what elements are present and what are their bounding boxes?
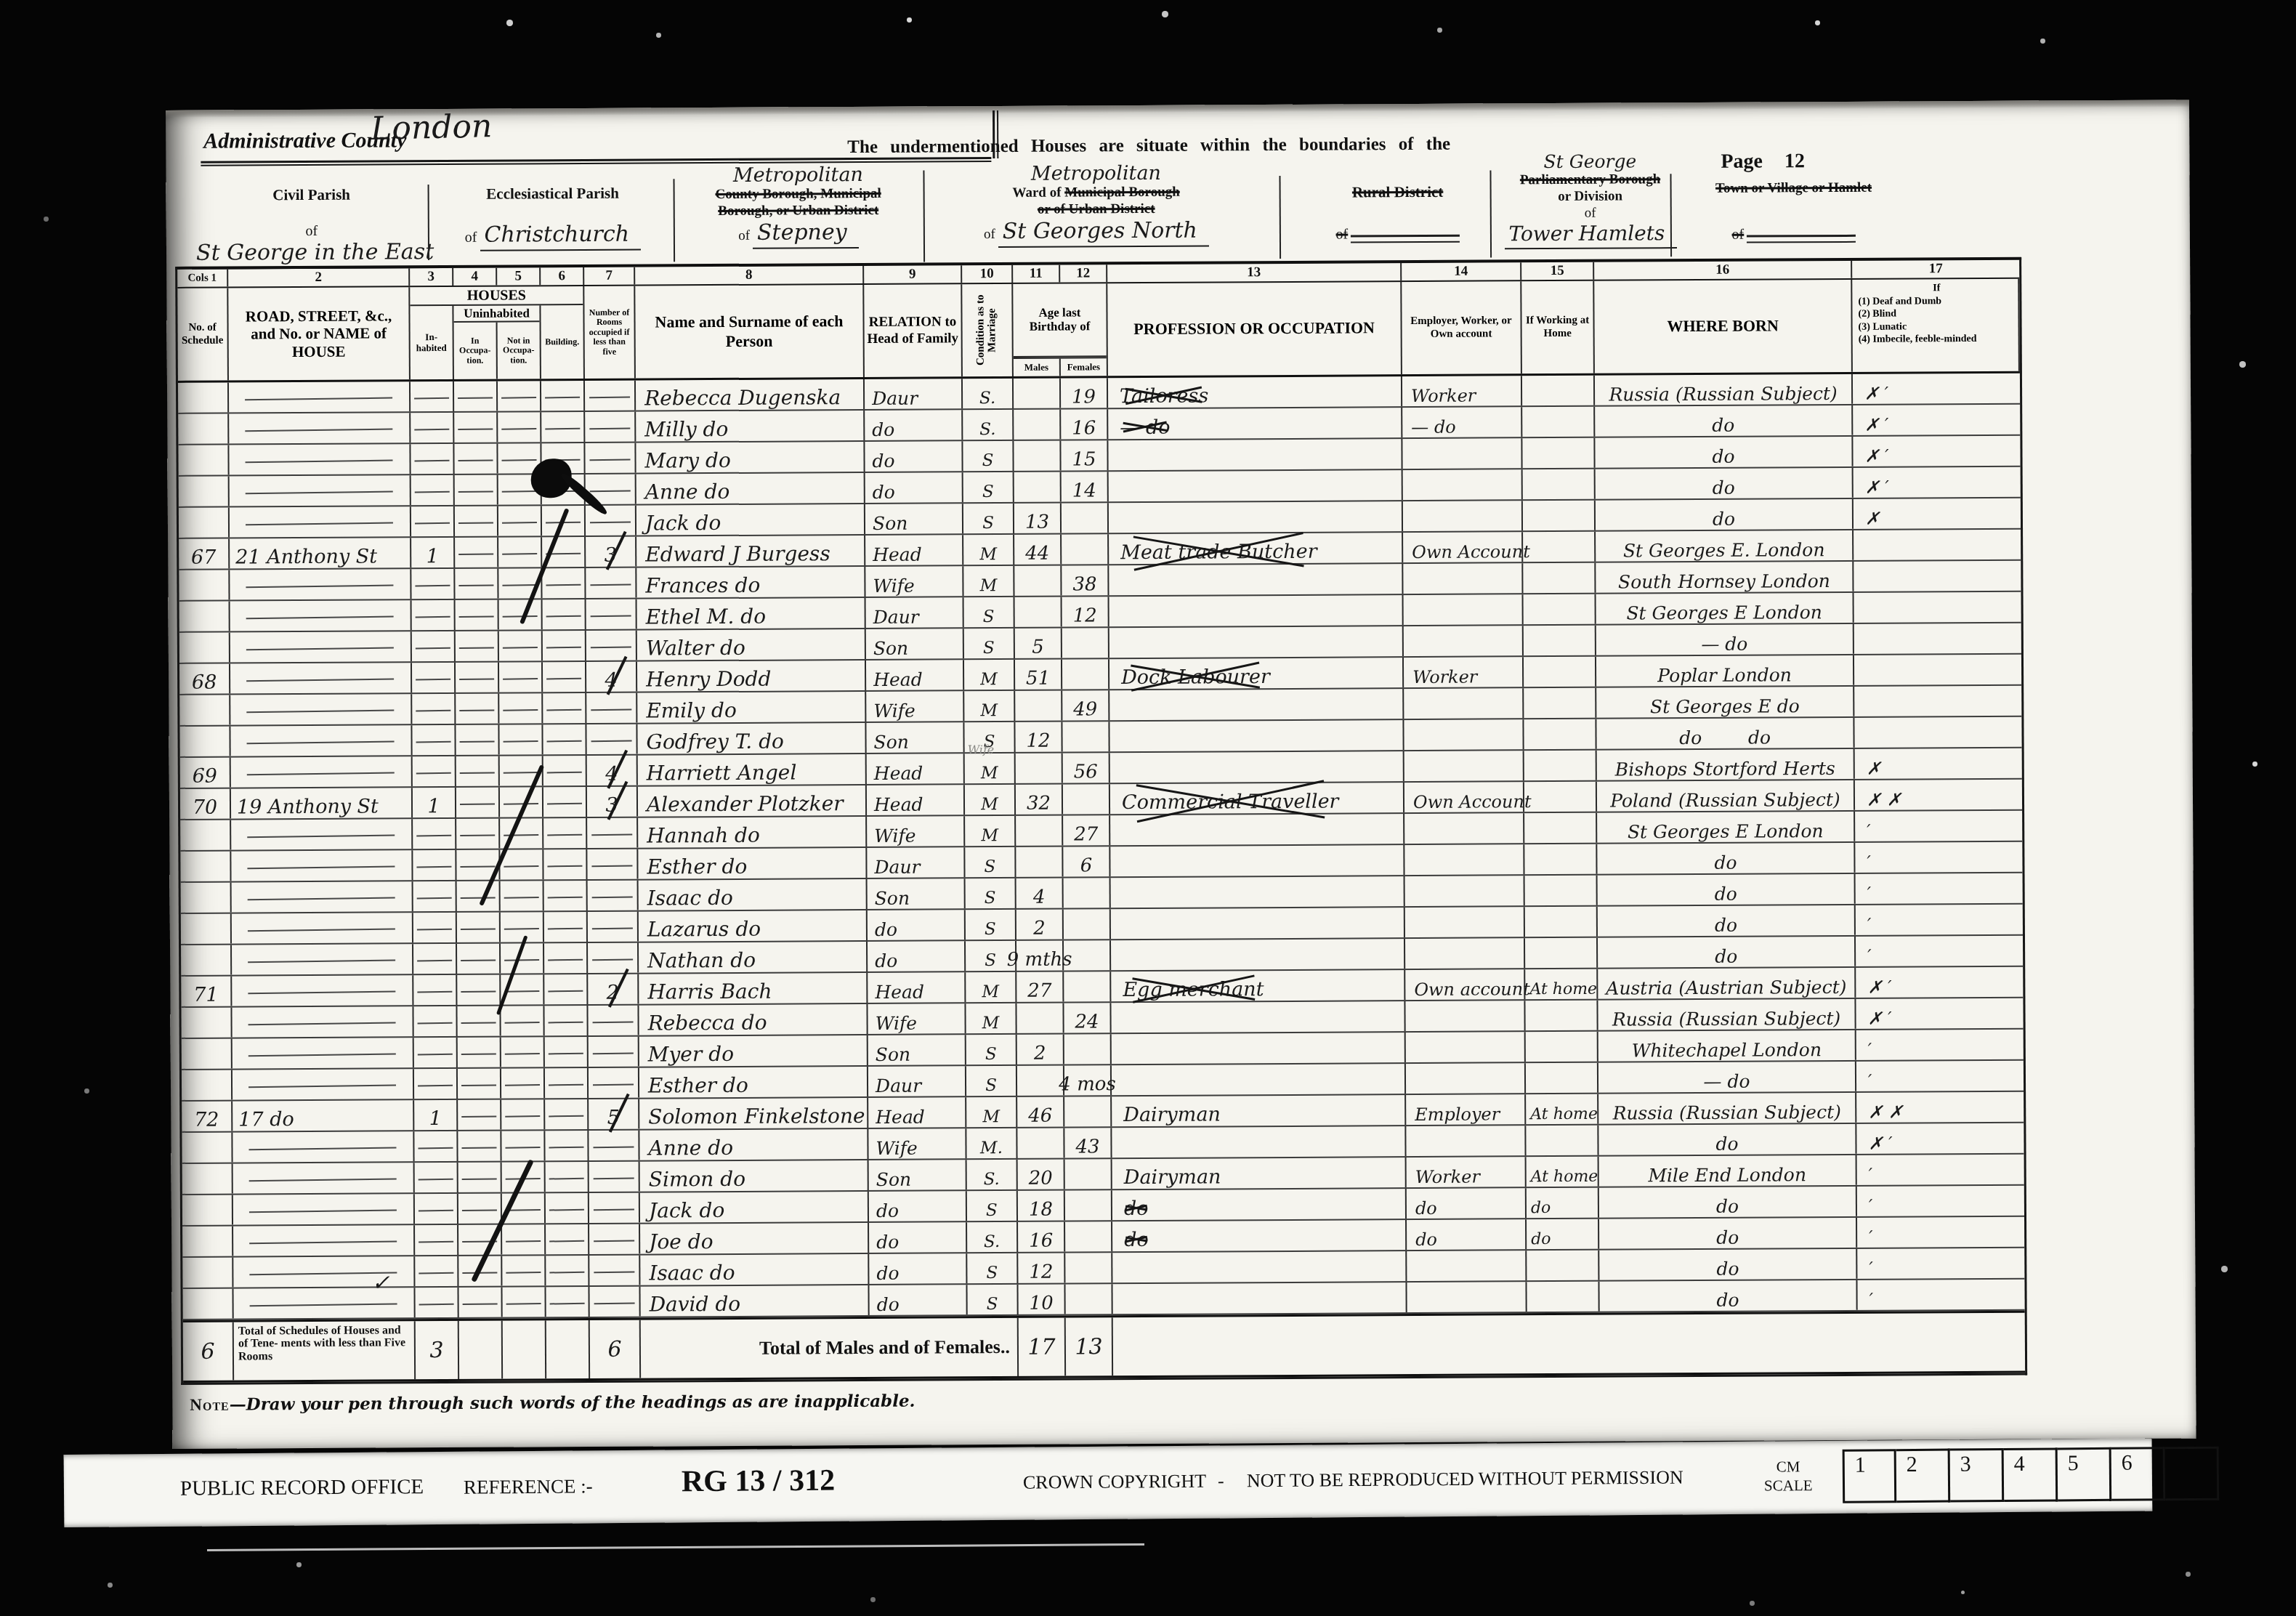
cell-employer — [1407, 1282, 1527, 1312]
cell-age-males — [1014, 441, 1061, 471]
cell-uninhabited-in — [457, 881, 501, 911]
cell-schedule-text: 67 — [191, 548, 217, 567]
cell-where-born: St Georges E London — [1597, 812, 1855, 843]
cell-where-born: Mile End London — [1599, 1155, 1857, 1187]
cell-name: Henry Dodd — [637, 660, 866, 692]
cell-road-text: 17 do — [238, 1110, 294, 1129]
cell-employer — [1404, 751, 1524, 781]
cell-condition: S — [967, 1253, 1018, 1283]
rural-district-value-line: of — [1289, 226, 1507, 244]
reference-label: REFERENCE :- — [464, 1475, 593, 1498]
cell-infirmity: ′ — [1857, 1217, 2024, 1248]
cell-infirmity: ✗ ′ — [1853, 436, 2020, 466]
column-number: 13 — [1107, 263, 1402, 282]
cell-infirmity: ✗ ′ — [1856, 967, 2023, 998]
cell-name: Isaac do — [640, 1254, 869, 1285]
cell-name-text: Hannah do — [647, 825, 760, 847]
cell-where-born: do — [1595, 437, 1853, 468]
civil-parish-label: Civil Parish — [192, 185, 432, 205]
column-number: 16 — [1594, 261, 1852, 280]
ecclesiastical-parish-value-line: of Christchurch — [437, 222, 669, 252]
cell-where-born: do — [1598, 874, 1856, 905]
cell-infirmity-text: ✗ ′ — [1864, 416, 1888, 434]
cell-at-home: do — [1527, 1219, 1599, 1250]
cell-road — [233, 1038, 414, 1068]
cell-schedule — [182, 1164, 233, 1194]
cell-where-born-text: do — [1715, 885, 1737, 903]
cell-at-home — [1526, 1032, 1598, 1062]
cell-inhabited — [415, 1225, 458, 1255]
cell-rooms — [589, 1256, 640, 1285]
cell-where-born-text: do — [1715, 948, 1737, 966]
cell-relation-text: do — [876, 1233, 899, 1251]
cell-inhabited — [415, 1194, 458, 1224]
cell-relation: do — [865, 472, 963, 503]
cell-age-males: 4 — [1016, 878, 1064, 908]
cell-road — [230, 631, 412, 662]
cell-profession — [1112, 1251, 1407, 1282]
cell-infirmity-text: ′ — [1867, 885, 1872, 902]
cell-age-females — [1065, 1190, 1112, 1220]
cell-inhabited — [411, 475, 455, 505]
cell-condition: S — [963, 441, 1014, 471]
cell-schedule-text: 70 — [193, 798, 218, 817]
cell-profession — [1111, 908, 1405, 939]
cell-at-home — [1523, 469, 1596, 500]
cell-condition: M — [964, 660, 1015, 690]
cell-name: Rebecca Dugenska — [636, 379, 865, 411]
cell-where-born-text: do — [1712, 416, 1734, 435]
cell-building — [546, 1224, 589, 1254]
cell-employer-text: Own account — [1414, 980, 1530, 998]
cell-where-born: Russia (Russian Subject) — [1598, 1093, 1856, 1124]
cell-age-males-text: 10 — [1029, 1294, 1053, 1313]
cell-uninhabited-in — [456, 788, 500, 817]
header-uninhabited-group: Uninhabited In Occupa-tion. Not in Occup… — [453, 305, 541, 379]
cell-road — [231, 819, 413, 849]
cell-uninhabited-in — [458, 1131, 501, 1161]
header-uninhabited-sub: In Occupa-tion. Not in Occupa-tion. — [454, 322, 540, 379]
cell-where-born-text: St Georges E London — [1626, 603, 1822, 622]
cell-condition-text: S — [986, 1265, 998, 1282]
cell-where-born: Poland (Russian Subject) — [1597, 780, 1855, 812]
cell-age-females — [1064, 940, 1111, 970]
cell-road — [229, 381, 411, 412]
header-uninhabited-label: Uninhabited — [453, 305, 539, 323]
header-name: Name and Surname of each Person — [635, 285, 865, 379]
cell-schedule — [179, 570, 230, 600]
cell-age-males — [1014, 472, 1062, 502]
cell-road — [230, 725, 412, 756]
cell-inhabited — [411, 413, 454, 443]
cell-uninhabited-not — [498, 506, 542, 536]
cell-condition-text: S. — [979, 421, 995, 438]
cell-age-females-text: 56 — [1074, 762, 1098, 781]
cell-name-text: Godfrey T. do — [646, 732, 783, 753]
cell-name-text: Esther do — [648, 1075, 748, 1096]
cell-profession: Egg merchant — [1111, 970, 1405, 1001]
cell-age-males: 32 — [1016, 785, 1063, 815]
cell-name-text: Anne do — [648, 1138, 733, 1159]
cell-at-home — [1523, 532, 1596, 562]
cell-employer — [1405, 876, 1525, 906]
cell-uninhabited-in — [455, 538, 498, 567]
cell-condition-text: S — [985, 953, 996, 969]
cell-condition-text: M — [982, 1015, 1000, 1032]
cell-infirmity-text: ✗ ′ — [1864, 448, 1888, 465]
cell-relation: do — [865, 410, 963, 440]
header-infirmity-if: If — [1931, 282, 1941, 295]
cell-uninhabited-in — [457, 913, 501, 942]
cell-age-females-text: 6 — [1080, 856, 1093, 875]
cell-employer — [1405, 1001, 1525, 1031]
cell-name-text: Ethel M. do — [646, 607, 767, 628]
cell-age-females — [1064, 1096, 1112, 1126]
cell-rooms — [589, 1224, 640, 1254]
cell-where-born-text: St Georges E do — [1650, 697, 1800, 716]
cell-inhabited-text: 1 — [427, 796, 440, 816]
cell-name: Hannah do — [638, 817, 867, 848]
cell-where-born: do — [1599, 1218, 1857, 1249]
cell-age-males: 16 — [1018, 1222, 1065, 1252]
page-label: Page — [1721, 150, 1763, 172]
totals-schedules-value: 6 — [201, 1338, 214, 1364]
cell-relation-text: do — [875, 921, 897, 939]
cell-schedule: 67 — [179, 539, 230, 569]
note-label: Note — [190, 1396, 230, 1414]
header-houses-label: HOUSES — [410, 286, 583, 306]
cell-profession — [1110, 751, 1404, 783]
cell-where-born: Russia (Russian Subject) — [1595, 374, 1853, 405]
cell-uninhabited-not — [499, 724, 543, 754]
cell-employer — [1406, 1063, 1526, 1094]
ward-label-struck1: Municipal Borough — [1064, 185, 1180, 201]
cell-where-born-text: Poplar London — [1657, 666, 1792, 684]
cell-name: Alexander Plotzker — [638, 785, 867, 817]
cell-profession: Meat trade Butcher — [1109, 533, 1403, 564]
cell-name: Frances do — [636, 567, 865, 598]
cell-age-females-text: 15 — [1072, 450, 1096, 469]
cell-building — [543, 756, 587, 785]
cell-inhabited — [411, 569, 455, 599]
cell-relation-text: Head — [876, 1108, 925, 1126]
cell-at-home — [1526, 1126, 1598, 1156]
cell-name: Solomon Finkelstone — [639, 1098, 868, 1129]
cell-relation: Son — [865, 504, 963, 534]
cell-condition-text: M — [980, 578, 998, 594]
totals-inhabited: 3 — [416, 1321, 459, 1379]
cell-rooms — [588, 881, 639, 910]
cell-age-females: 56 — [1063, 753, 1110, 783]
cell-profession — [1112, 1033, 1406, 1064]
cell-condition: S — [965, 847, 1016, 877]
cell-road — [229, 444, 411, 474]
cell-uninhabited-not — [499, 662, 543, 692]
cell-infirmity-text: ′ — [1869, 1197, 1873, 1215]
cell-name-text: Harriett Angel — [647, 762, 797, 783]
cell-uninhabited-not — [501, 1068, 545, 1098]
cell-infirmity-text: ′ — [1868, 1072, 1872, 1090]
cell-condition-text: S — [986, 1203, 998, 1219]
cell-name: Lazarus do — [639, 910, 868, 942]
cell-name: Nathan do — [639, 942, 868, 973]
cell-condition-text: S — [982, 453, 994, 469]
cell-condition: M — [964, 691, 1015, 721]
cell-name-text: Solomon Finkelstone — [648, 1106, 865, 1128]
cell-inhabited — [412, 600, 456, 630]
cell-uninhabited-not — [501, 1037, 545, 1067]
cm-scale-box: 3 — [1950, 1448, 2005, 1503]
cell-name-text: Rebecca Dugenska — [644, 387, 841, 408]
cell-condition: M — [963, 566, 1014, 596]
cell-relation: do — [869, 1285, 967, 1315]
cell-condition: S — [966, 1035, 1017, 1064]
cell-profession — [1109, 689, 1404, 720]
scale-label: SCALE — [1764, 1476, 1813, 1495]
cell-uninhabited-in — [456, 600, 499, 630]
cell-name-text: Rebecca do — [648, 1013, 767, 1034]
cell-inhabited — [413, 819, 456, 849]
header-road-label: ROAD, STREET, &c., and No. or NAME of HO… — [228, 307, 408, 361]
cell-employer-text: Worker — [1412, 668, 1477, 686]
header-rooms: Number of Rooms occupied if less than fi… — [584, 286, 636, 379]
cell-infirmity-text: ✗ ′ — [1867, 979, 1891, 996]
column-number: 7 — [584, 267, 635, 285]
cell-where-born: do — [1597, 843, 1855, 874]
cell-building — [545, 1068, 589, 1098]
cell-condition: M — [963, 535, 1014, 565]
cell-inhabited — [415, 1288, 458, 1317]
header-inhabited: In-habited — [410, 306, 454, 379]
cell-where-born: do do — [1596, 718, 1854, 749]
cell-at-home — [1524, 751, 1597, 781]
parliamentary-block: St George Parliamentary Borough or Divis… — [1499, 150, 1681, 249]
borough-label-line2: Borough, or Urban District — [679, 202, 918, 220]
cell-profession — [1109, 564, 1403, 595]
cell-relation: Wife — [866, 691, 964, 722]
cell-at-home-text: At home — [1531, 1169, 1598, 1185]
cell-rooms — [587, 818, 638, 848]
cell-rooms — [588, 1006, 639, 1035]
cell-at-home — [1523, 563, 1596, 594]
cell-condition: S — [964, 629, 1015, 658]
cell-building — [546, 1287, 589, 1317]
cell-relation: do — [868, 910, 966, 940]
cell-name-text: Walter do — [646, 638, 745, 659]
of-word: of — [305, 223, 318, 239]
cell-infirmity-text: ✗ ✗ — [1867, 791, 1901, 809]
cell-name: David do — [640, 1285, 869, 1317]
cell-where-born-text: do — [1716, 1197, 1739, 1216]
cell-age-males: 18 — [1018, 1191, 1065, 1221]
of-word: of — [465, 230, 477, 246]
cell-name-text: David do — [650, 1294, 741, 1315]
cell-schedule: 72 — [182, 1102, 233, 1131]
cm-scale-label: CM SCALE — [1764, 1457, 1813, 1495]
cell-employer — [1405, 938, 1525, 969]
cell-relation: do — [865, 441, 963, 472]
cell-name-text: Lazarus do — [647, 919, 761, 940]
cell-schedule: 71 — [181, 977, 232, 1006]
cell-employer — [1404, 594, 1524, 625]
header-vsep — [674, 179, 676, 262]
cell-name: Harris Bach — [639, 973, 868, 1004]
cell-age-females-text: 19 — [1072, 387, 1096, 406]
cell-relation-text: Daur — [876, 1077, 921, 1095]
parliamentary-overwrite: St George — [1499, 150, 1681, 172]
cell-age-females — [1064, 971, 1111, 1001]
cell-where-born-text: do — [1713, 510, 1735, 528]
cell-age-males — [1015, 597, 1062, 627]
header-profession-label: PROFESSION OR OCCUPATION — [1129, 319, 1379, 339]
cell-age-males: 12 — [1018, 1253, 1065, 1283]
cell-infirmity: ′ — [1855, 811, 2022, 841]
cell-building — [546, 1193, 589, 1223]
cell-infirmity: ′ — [1856, 873, 2023, 904]
cell-employer-text: do — [1415, 1231, 1437, 1248]
column-number: 15 — [1521, 262, 1594, 280]
column-number: 6 — [541, 267, 584, 285]
cell-profession — [1109, 626, 1404, 658]
cell-infirmity-text: ✗ ′ — [1868, 1010, 1892, 1027]
cell-age-females — [1064, 878, 1111, 908]
cell-at-home: At home — [1527, 1157, 1599, 1187]
town-village-label: Town or Village or Hamlet — [1685, 179, 1903, 197]
cell-where-born-text: South Hornsey London — [1618, 572, 1830, 591]
cell-where-born-text: do do — [1679, 728, 1771, 747]
cell-name: Edward J Burgess — [636, 536, 865, 567]
cell-building — [543, 787, 587, 817]
cell-age-males — [1016, 816, 1063, 846]
cell-age-females — [1064, 1034, 1112, 1064]
cell-relation: Wife — [867, 816, 965, 847]
cell-condition-text: S. — [984, 1171, 1000, 1188]
cell-building — [543, 849, 587, 879]
column-number: 17 — [1852, 260, 2019, 278]
cell-where-born: Bishops Stortford Herts — [1597, 749, 1855, 780]
parliamentary-value: Tower Hamlets — [1504, 221, 1676, 249]
cell-name: Anne do — [636, 473, 865, 504]
cell-uninhabited-in — [455, 475, 498, 505]
cell-employer: Worker — [1407, 1157, 1527, 1187]
header-road: ROAD, STREET, &c., and No. or NAME of HO… — [228, 287, 411, 380]
header-infirmity-1: (1) Deaf and Dumb — [1858, 295, 1941, 308]
cell-schedule — [179, 477, 230, 506]
column-number: 4 — [453, 268, 497, 286]
cell-profession-text: Tailoress — [1120, 386, 1208, 406]
cell-relation-text: Wife — [873, 577, 914, 595]
note-text: —Draw your pen through such words of the… — [230, 1391, 915, 1415]
cell-infirmity: ′ — [1856, 1061, 2024, 1091]
header-relation-label: RELATION to Head of Family — [864, 314, 961, 347]
cell-schedule — [178, 383, 229, 413]
civil-parish-value-line: of St George in the East — [192, 222, 432, 270]
cell-profession-text: Commercial Traveller — [1122, 792, 1339, 813]
totals-empty-right — [1113, 1313, 2025, 1376]
cell-rooms — [588, 943, 639, 973]
cell-name: Esther do — [638, 848, 867, 879]
cell-relation-text: Wife — [874, 827, 915, 845]
cell-schedule — [182, 1070, 233, 1100]
cell-schedule — [182, 1258, 233, 1288]
cell-name: Jack do — [636, 504, 865, 536]
cell-age-females — [1065, 1221, 1112, 1251]
cell-name-text: Nathan do — [647, 950, 756, 971]
cell-condition-text: M — [982, 1109, 1000, 1126]
cell-uninhabited-not — [499, 599, 543, 629]
cell-schedule — [182, 1133, 233, 1163]
cell-condition: MWife — [965, 754, 1016, 783]
cell-employer — [1406, 1032, 1526, 1062]
cell-uninhabited-not — [498, 537, 542, 567]
cell-infirmity-text: ✗ ′ — [1868, 1135, 1892, 1152]
cell-building — [544, 881, 588, 910]
cell-at-home — [1527, 1282, 1599, 1312]
cell-age-males: 2 — [1016, 910, 1064, 940]
cell-inhabited — [414, 1131, 458, 1161]
cell-where-born-text: Russia (Russian Subject) — [1609, 384, 1837, 404]
cell-name-text: Anne do — [645, 482, 730, 503]
cell-profession-text: Egg merchant — [1123, 979, 1264, 1000]
cell-inhabited — [411, 444, 454, 474]
cell-age-females: 49 — [1062, 690, 1109, 720]
column-number: 2 — [228, 268, 410, 286]
cell-uninhabited-in — [456, 631, 499, 661]
cell-road — [230, 506, 411, 537]
cell-infirmity-text: ′ — [1869, 1291, 1874, 1309]
cell-relation: Wife — [868, 1128, 966, 1159]
cell-at-home: At home — [1526, 1094, 1598, 1125]
cell-inhabited — [413, 756, 456, 786]
ward-block: Metropolitan Ward of Municipal Borough o… — [936, 161, 1256, 248]
cell-condition: S — [967, 1191, 1018, 1221]
cell-at-home — [1522, 407, 1595, 437]
ward-label-line1: Ward of Municipal Borough — [937, 184, 1256, 202]
cell-age-females — [1065, 1284, 1112, 1314]
cell-road — [230, 694, 412, 724]
cell-age-males-text: 51 — [1026, 669, 1050, 688]
borough-value: Stepney — [753, 219, 859, 249]
cell-condition: S — [963, 472, 1014, 502]
cell-name-text: Alexander Plotzker — [647, 793, 844, 815]
cell-schedule — [181, 914, 232, 944]
header-males: Males — [1014, 359, 1061, 376]
cell-age-males — [1014, 566, 1062, 596]
cell-condition-text: S — [985, 1078, 997, 1094]
cell-condition: S. — [963, 410, 1014, 440]
cell-age-females: 43 — [1064, 1128, 1112, 1158]
cell-where-born-text: St Georges E. London — [1623, 541, 1825, 559]
cell-schedule — [178, 414, 229, 444]
cell-relation: Daur — [867, 847, 965, 878]
column-number: Cols 1 — [177, 270, 228, 287]
cm-scale-box — [2165, 1447, 2220, 1501]
cell-rooms — [586, 693, 637, 723]
cell-age-males-text: 20 — [1029, 1169, 1053, 1188]
cell-employer: Worker — [1404, 657, 1524, 687]
cell-schedule-text: 72 — [194, 1110, 219, 1130]
cell-relation-text: Son — [876, 1171, 911, 1189]
cell-inhabited — [411, 381, 454, 411]
cell-inhabited: 1 — [413, 788, 456, 817]
cell-relation-text: do — [876, 1202, 899, 1220]
cell-profession — [1108, 439, 1402, 470]
header-houses-group: HOUSES In-habited Uninhabited In Occupa-… — [410, 286, 585, 379]
cell-where-born: do — [1599, 1187, 1857, 1218]
cell-infirmity-text: ′ — [1867, 854, 1871, 871]
cell-age-females-text: 16 — [1072, 419, 1096, 437]
cell-age-males: 12 — [1015, 722, 1062, 752]
